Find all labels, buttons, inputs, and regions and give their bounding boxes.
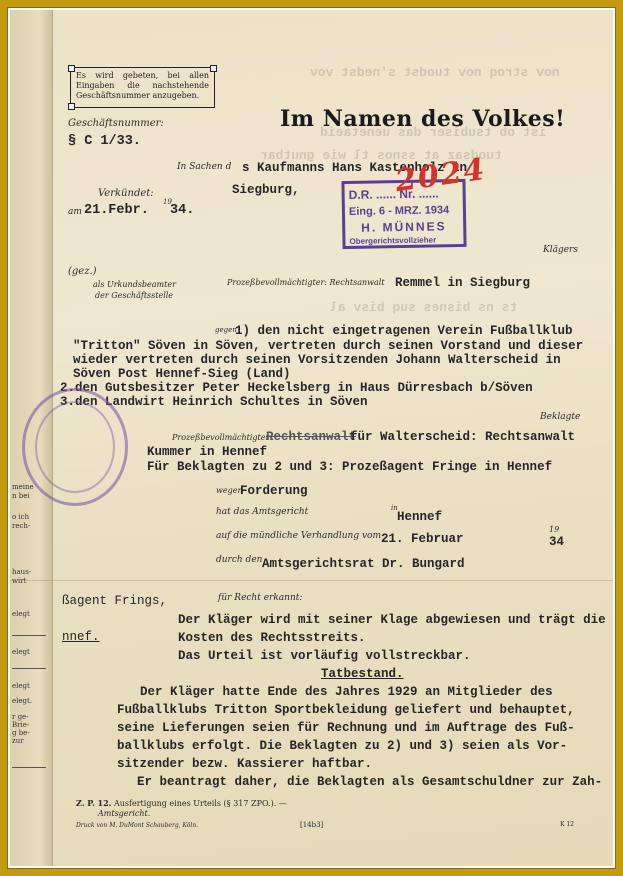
defendant-line: Söven Post Hennef-Sieg (Land) (73, 367, 291, 381)
verdict-line: Das Urteil ist vorläufig vollstreckbar. (178, 649, 471, 663)
case-number: § C 1/33. (68, 134, 141, 149)
hearing-label: auf die mündliche Verhandlung vom (216, 531, 381, 541)
strip-rule (12, 635, 46, 636)
left-fragment: ßagent Frings, (62, 594, 167, 608)
tatbestand-line: sitzender bezw. Kassierer haftbar. (117, 757, 372, 771)
defendant-counsel-line: Kummer in Hennef (147, 445, 267, 459)
clerk-label-2: der Geschäftsstelle (95, 291, 173, 300)
plaintiff-counsel: Remmel in Siegburg (395, 276, 530, 290)
judge-name: Amtsgerichtsrat Dr. Bungard (262, 557, 465, 571)
wegen-label: wegen (216, 486, 243, 495)
notice-text: Es wird gebeten, bei allen Eingaben die … (76, 71, 209, 100)
court-seal-stamp (22, 388, 128, 506)
case-number-value: C 1/33. (84, 134, 141, 149)
amtsgericht-label: hat das Amtsgericht (216, 507, 308, 517)
verdict-line: Kosten des Rechtsstreits. (178, 631, 366, 645)
bleed-through-text: nov stroq nov tuodst s'nedst vov (310, 65, 560, 80)
print-code: [14b3] (300, 821, 323, 829)
strip-text: elegt (12, 648, 30, 656)
left-fragment: nnef. (62, 630, 100, 644)
defendant-line: "Tritton" Söven in Söven, vertreten durc… (73, 339, 583, 353)
plaintiff-counsel-label: Prozeßbevollmächtigter: Rechtsanwalt (227, 278, 385, 287)
clerk-label-1: als Urkundsbeamter (93, 280, 176, 289)
document-title: Im Namen des Volkes! (280, 106, 565, 132)
case-number-label: Geschäftsnummer: (68, 118, 164, 129)
form-description: Ausfertigung eines Urteils (§ 317 ZPO.).… (114, 799, 287, 808)
document-page: meine n bei o ich rech- haus- wirt elegt… (10, 10, 613, 866)
beklagte-label: Beklagte (540, 412, 580, 422)
hearing-year: 34 (549, 535, 564, 549)
form-code: Z. P. 12. Ausfertigung eines Urteils (§ … (76, 798, 287, 808)
bleed-through-text: ts ns bisnes suq bisv al (330, 300, 517, 315)
defendant-counsel-struck: Rechtsanwalt (266, 430, 356, 444)
wegen-value: Forderung (240, 484, 308, 498)
court-place: Hennef (397, 510, 442, 524)
strip-text: g be- (12, 729, 30, 737)
defendant-counsel-line: Für Beklagten zu 2 und 3: Prozeßagent Fr… (147, 460, 552, 474)
printer-line: Druck von M. DuMont Schauberg, Köln. (76, 822, 198, 829)
verkuendet-date: 21.Febr. (84, 203, 149, 218)
date-prefix: am (68, 207, 82, 217)
k-code: K 12 (560, 821, 574, 828)
verdict-label: für Recht erkannt: (218, 593, 302, 603)
paper-fold (10, 580, 613, 581)
box-corner (68, 103, 75, 110)
box-corner (68, 65, 75, 72)
in-sachen-label: In Sachen d (177, 162, 231, 172)
strip-text: haus- (12, 568, 31, 576)
defendant-counsel-label: Prozeßbevollmächtigter: (172, 433, 272, 442)
strip-text: zur (12, 737, 24, 745)
strip-text: o ich (12, 513, 29, 521)
strip-text: r ge- (12, 713, 29, 721)
strip-text: elegt (12, 682, 30, 690)
stamp-line-2: Eing. 6 - MRZ. 1934 (349, 204, 449, 218)
tatbestand-line: seine Lieferungen seien für Rechnung und… (117, 721, 575, 735)
strip-rule (12, 668, 46, 669)
plaintiff-line-2: Siegburg, (232, 183, 300, 197)
strip-text: meine (12, 483, 34, 491)
strip-text: wirt (12, 577, 26, 585)
reference-notice-box: Es wird gebeten, bei allen Eingaben die … (70, 67, 215, 108)
verkuendet-label: Verkündet: (98, 188, 154, 199)
gegen-label: gegen (215, 326, 237, 334)
tatbestand-line: Er beantragt daher, die Beklagten als Ge… (137, 775, 602, 789)
verkuendet-year: 34. (170, 203, 194, 218)
defendant-line: 2.den Gutsbesitzer Peter Heckelsberg in … (60, 381, 533, 395)
form-court: Amtsgericht. (98, 809, 150, 818)
gez-label: (gez.) (68, 266, 97, 277)
strip-text: elegt. (12, 697, 32, 705)
strip-text: Brie- (12, 721, 29, 729)
tatbestand-heading: Tatbestand. (321, 667, 404, 681)
box-corner (210, 65, 217, 72)
verdict-line: Der Kläger wird mit seiner Klage abgewie… (178, 613, 606, 627)
defendant-line: wieder vertreten durch seinen Vorsitzend… (73, 353, 561, 367)
hearing-year-prefix: 19 (549, 525, 559, 534)
tatbestand-line: Der Kläger hatte Ende des Jahres 1929 an… (140, 685, 553, 699)
defendant-line: 1) den nicht eingetragenen Verein Fußbal… (235, 324, 573, 338)
hearing-date: 21. Februar (381, 532, 464, 546)
klaeger-label: Klägers (543, 245, 578, 255)
tatbestand-line: Fußballklubs Tritton Sportbekleidung gel… (117, 703, 575, 717)
defendant-counsel-line: für Walterscheid: Rechtsanwalt (350, 430, 575, 444)
strip-text: rech- (12, 522, 30, 530)
stamp-line-3: H. MÜNNES (361, 219, 447, 234)
strip-text: n bei (12, 492, 30, 500)
stamp-line-4: Obergerichtsvollzieher (349, 235, 436, 246)
tatbestand-line: ballklubs erfolgt. Die Beklagten zu 2) u… (117, 739, 567, 753)
form-code-value: Z. P. 12. (76, 798, 111, 808)
strip-rule (12, 767, 46, 768)
strip-text: elegt (12, 610, 30, 618)
judge-label: durch den (216, 555, 262, 565)
